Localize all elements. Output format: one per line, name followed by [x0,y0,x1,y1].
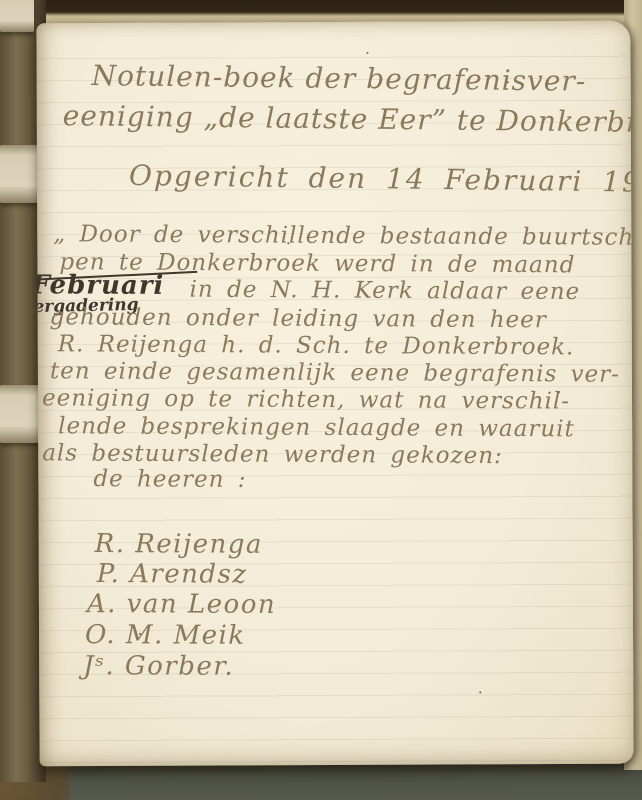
scanned-notebook-photo: Notulen-boek der begrafenisver- eeniging… [0,0,642,800]
paragraph-line-4: gehouden onder leiding van den heer [50,304,547,333]
notebook-page: Notulen-boek der begrafenisver- eeniging… [36,21,633,767]
paragraph-line-7: eeniging op te richten, wat na verschil- [42,385,570,414]
paragraph-line-3: in de N. H. Kerk aldaar eene [189,277,580,305]
board-member-name: P. Arendsz [97,559,248,590]
paragraph-line-9: als bestuursleden werden gekozen: [42,440,503,469]
paragraph-line-5: R. Reijenga h. d. Sch. te Donkerbroek. [58,331,575,360]
paragraph-line-1: „ Door de verschillende bestaande buurts… [53,221,633,251]
paragraph-line-8: lende besprekingen slaagde en waaruit [58,413,575,442]
board-member-name: Jˢ. Gorber. [83,651,234,682]
board-member-name: R. Reijenga [95,529,263,560]
paragraph-line-6: ten einde gesamenlijk eene begrafenis ve… [50,358,620,387]
binding-tape-upper [0,145,40,203]
board-member-name: A. van Leoon [87,589,276,620]
paragraph-line-10: de heeren : [93,466,246,493]
paper-specks [36,23,38,25]
binding-tape-top [0,0,34,32]
binding-tape-lower [0,385,40,443]
title-line-1: Notulen-boek der begrafenisver- [91,59,586,98]
board-member-name: O. M. Meik [85,620,246,651]
